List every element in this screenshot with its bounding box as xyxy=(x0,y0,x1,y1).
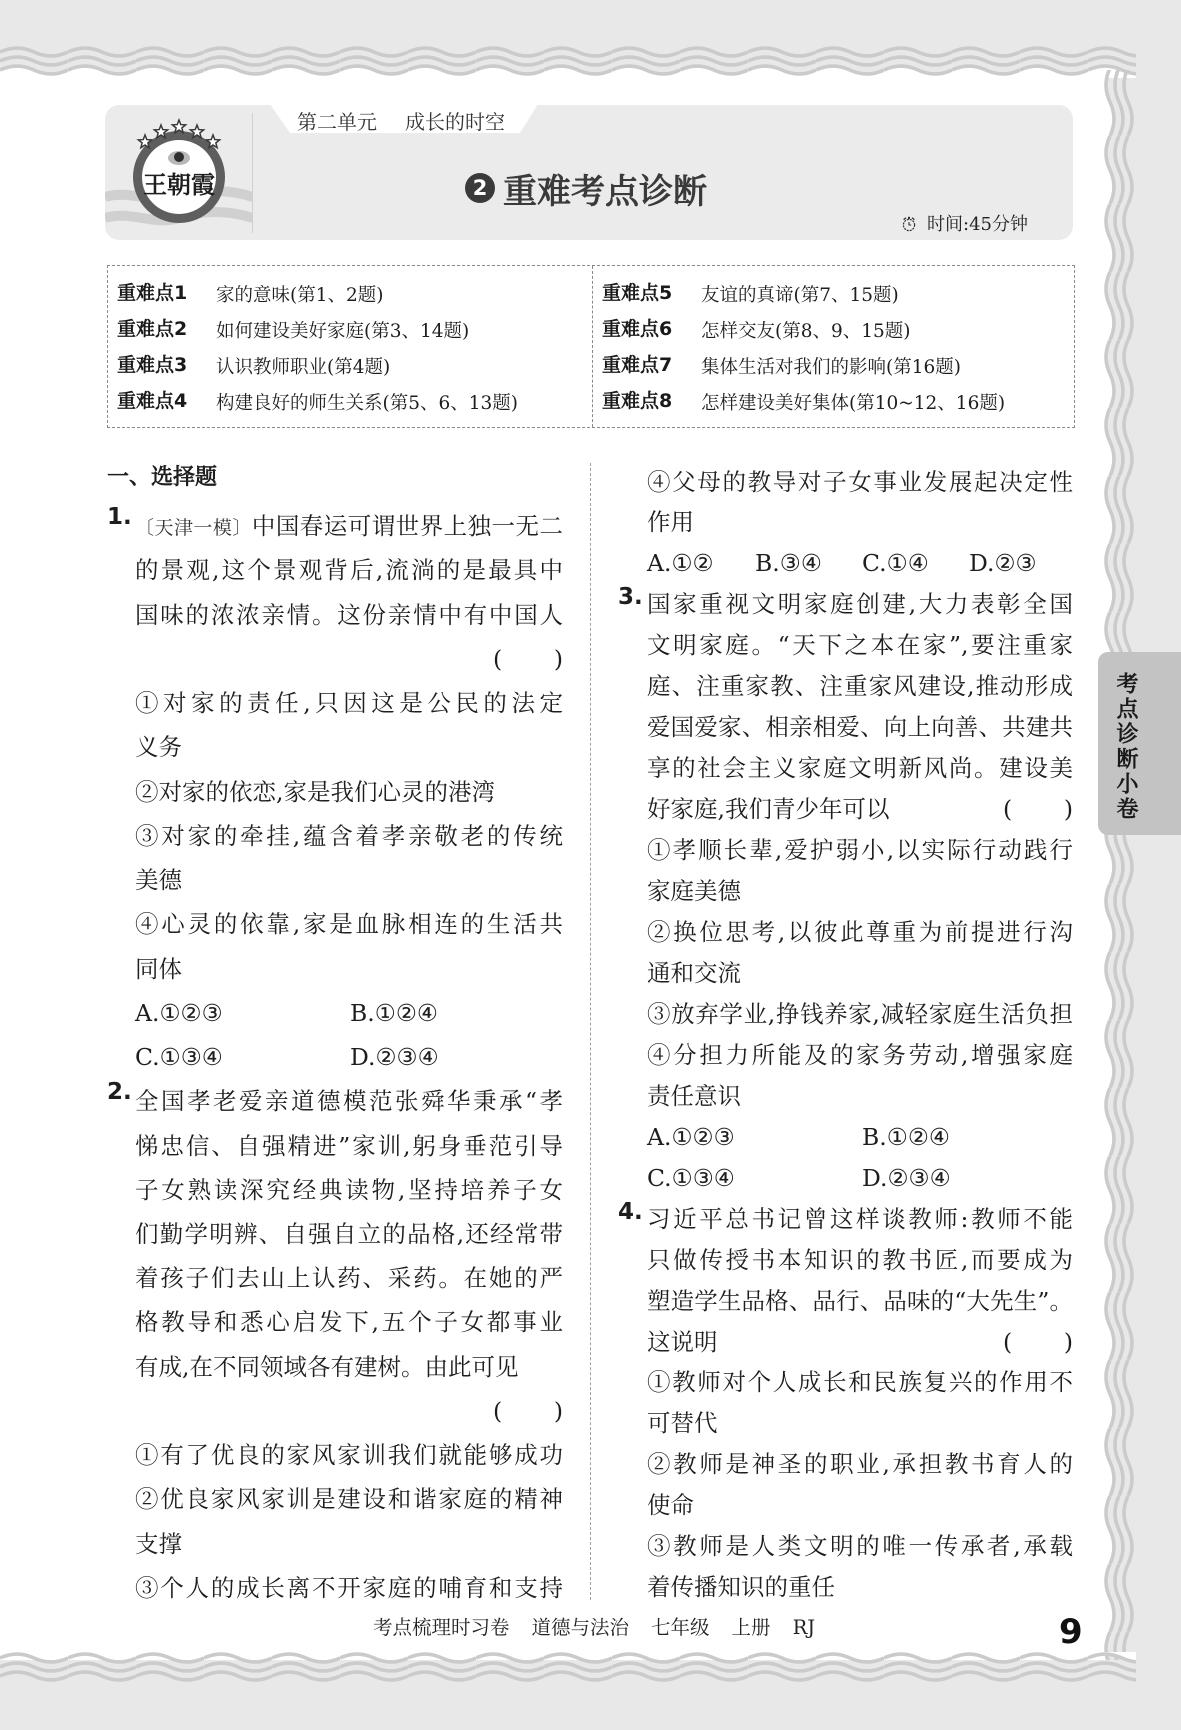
key-point-1: 重难点1家的意味(第1、2题) xyxy=(117,278,518,314)
publisher-logo: 王朝霞 xyxy=(105,105,253,240)
question-1-statement-2: ②对家的依恋,家是我们心灵的港湾 xyxy=(107,770,563,814)
question-4-statement-1: 可替代 xyxy=(618,1403,1073,1444)
question-2-answer-row: ( ) xyxy=(107,1389,563,1433)
key-point-text: 怎样交友(第8、9、15题) xyxy=(701,314,911,350)
key-point-label: 重难点5 xyxy=(602,278,701,314)
key-point-label: 重难点4 xyxy=(117,386,216,422)
choice-b: B.①②④ xyxy=(862,1117,950,1158)
question-1-stem-line: 1.〔天津一模〕中国春运可谓世界上独一无二 xyxy=(107,504,563,548)
answer-blank: ( ) xyxy=(493,1389,563,1433)
question-1-stem-line: 国味的浓浓亲情。这份亲情中有中国人 xyxy=(107,593,563,637)
question-3-statement-2: 通和交流 xyxy=(618,953,1073,994)
question-2-statement-4: ④父母的教导对子女事业发展起决定性 xyxy=(618,462,1073,503)
key-point-7: 重难点7集体生活对我们的影响(第16题) xyxy=(602,350,1005,386)
key-point-8: 重难点8怎样建设美好集体(第10~12、16题) xyxy=(602,386,1005,422)
section-title: 一、选择题 xyxy=(107,460,563,504)
choice-c: C.①③④ xyxy=(647,1158,862,1199)
question-3-statement-1: 家庭美德 xyxy=(618,871,1073,912)
question-1-stem-line: 的景观,这个景观背后,流淌的是最具中 xyxy=(107,548,563,592)
question-number: 2. xyxy=(107,1079,132,1105)
question-2-stem-line: 有成,在不同领域各有建树。由此可见 xyxy=(107,1345,563,1389)
title-index-badge: 2 xyxy=(465,173,495,203)
key-point-label: 重难点1 xyxy=(117,278,216,314)
question-number: 3. xyxy=(618,584,643,610)
question-4-statement-2: ②教师是神圣的职业,承担教书育人的 xyxy=(618,1444,1073,1485)
question-3-stem-line: 庭、注重家教、注重家风建设,推动形成 xyxy=(618,666,1073,707)
header-divider xyxy=(252,113,253,233)
question-1-choices: A.①②③ B.①②④ xyxy=(107,991,563,1035)
answer-blank: ( ) xyxy=(493,637,563,681)
footer-edition: RJ xyxy=(793,1615,816,1641)
question-1-choices: C.①③④ D.②③④ xyxy=(107,1035,563,1079)
page-title: 2 重难考点诊断 xyxy=(465,166,707,210)
title-text: 重难考点诊断 xyxy=(503,164,707,213)
side-tab-label: 考点诊断小卷 xyxy=(1110,672,1141,822)
choice-a: A.①②③ xyxy=(135,991,350,1035)
question-2-statement-2: 支撑 xyxy=(107,1522,563,1566)
unit-label: 第二单元 xyxy=(297,109,377,135)
question-3-statement-2: ②换位思考,以彼此尊重为前提进行沟 xyxy=(618,912,1073,953)
key-point-text: 如何建设美好家庭(第3、14题) xyxy=(216,314,469,350)
choice-d: D.②③④ xyxy=(350,1035,439,1079)
key-point-5: 重难点5友谊的真谛(第7、15题) xyxy=(602,278,1005,314)
key-point-text: 构建良好的师生关系(第5、6、13题) xyxy=(216,386,518,422)
question-4-stem-line: 这说明( ) xyxy=(618,1322,1073,1363)
question-number: 4. xyxy=(618,1199,643,1225)
key-points-divider xyxy=(592,266,593,427)
question-number: 1. xyxy=(107,504,132,530)
choice-a: A.①②③ xyxy=(647,1117,862,1158)
key-points-left: 重难点1家的意味(第1、2题) 重难点2如何建设美好家庭(第3、14题) 重难点… xyxy=(117,278,518,422)
question-1-statement-4: ④心灵的依靠,家是血脉相连的生活共 xyxy=(107,902,563,946)
key-point-3: 重难点3认识教师职业(第4题) xyxy=(117,350,518,386)
key-point-label: 重难点2 xyxy=(117,314,216,350)
key-point-text: 怎样建设美好集体(第10~12、16题) xyxy=(701,386,1005,422)
question-2-stem-line: 子女熟读深究经典读物,坚持培养子女 xyxy=(107,1168,563,1212)
question-3-statement-4: 责任意识 xyxy=(618,1076,1073,1117)
choice-c: C.①④ xyxy=(862,543,969,584)
question-2-statement-2: ②优良家风家训是建设和谐家庭的精神 xyxy=(107,1477,563,1521)
choice-a: A.①② xyxy=(647,543,755,584)
footer-subject: 道德与法治 xyxy=(532,1615,630,1641)
question-4-statement-3: 着传播知识的重任 xyxy=(618,1567,1073,1608)
question-3-choices: C.①③④ D.②③④ xyxy=(618,1158,1073,1199)
question-2-statement-3: ③个人的成长离不开家庭的哺育和支持 xyxy=(107,1566,563,1610)
question-3-stem-line: 3.国家重视文明家庭创建,大力表彰全国 xyxy=(618,584,1073,625)
side-tab: 考点诊断小卷 xyxy=(1098,652,1181,835)
question-2-stem-line: 着孩子们去山上认药、采药。在她的严 xyxy=(107,1256,563,1300)
question-1-statement-3: ③对家的牵挂,蕴含着孝亲敬老的传统 xyxy=(107,814,563,858)
unit-title: 成长的时空 xyxy=(405,109,505,135)
question-3-stem-line: 文明家庭。“天下之本在家”,要注重家 xyxy=(618,625,1073,666)
question-4-statement-2: 使命 xyxy=(618,1485,1073,1526)
question-source-tag: 〔天津一模〕 xyxy=(135,517,252,539)
key-point-2: 重难点2如何建设美好家庭(第3、14题) xyxy=(117,314,518,350)
footer-grade: 七年级 xyxy=(651,1615,710,1641)
key-point-label: 重难点6 xyxy=(602,314,701,350)
question-1-statement-4: 同体 xyxy=(107,947,563,991)
key-point-4: 重难点4构建良好的师生关系(第5、6、13题) xyxy=(117,386,518,422)
column-divider xyxy=(590,463,591,1600)
time-limit: 时间:45分钟 xyxy=(901,212,1028,234)
answer-blank: ( ) xyxy=(1003,1322,1073,1363)
question-3-statement-1: ①孝顺长辈,爱护弱小,以实际行动践行 xyxy=(618,830,1073,871)
question-2-choices: A.①② B.③④ C.①④ D.②③ xyxy=(618,543,1073,584)
question-3-stem-line: 好家庭,我们青少年可以( ) xyxy=(618,789,1073,830)
left-column: 一、选择题 1.〔天津一模〕中国春运可谓世界上独一无二 的景观,这个景观背后,流… xyxy=(107,460,563,1610)
answer-blank: ( ) xyxy=(1003,789,1073,830)
footer-info: 考点梳理时习卷 道德与法治 七年级 上册 RJ xyxy=(373,1615,815,1641)
question-1-statement-3: 美德 xyxy=(107,858,563,902)
question-1-statement-1: ①对家的责任,只因这是公民的法定 xyxy=(107,681,563,725)
key-points-right: 重难点5友谊的真谛(第7、15题) 重难点6怎样交友(第8、9、15题) 重难点… xyxy=(602,278,1005,422)
logo-text: 王朝霞 xyxy=(143,170,215,199)
right-column: ④父母的教导对子女事业发展起决定性 作用 A.①② B.③④ C.①④ D.②③… xyxy=(618,462,1073,1609)
page-number: 9 xyxy=(1059,1612,1083,1652)
key-point-text: 家的意味(第1、2题) xyxy=(216,278,383,314)
choice-d: D.②③④ xyxy=(862,1158,951,1199)
question-2-stem-line: 悌忠信、自强精进”家训,躬身垂范引导 xyxy=(107,1124,563,1168)
question-1-answer-row: ( ) xyxy=(107,637,563,681)
question-4-statement-3: ③教师是人类文明的唯一传承者,承载 xyxy=(618,1526,1073,1567)
question-3-stem-line: 享的社会主义家庭文明新风尚。建设美 xyxy=(618,748,1073,789)
key-point-label: 重难点3 xyxy=(117,350,216,386)
key-points-box: 重难点1家的意味(第1、2题) 重难点2如何建设美好家庭(第3、14题) 重难点… xyxy=(107,265,1075,428)
choice-b: B.③④ xyxy=(755,543,862,584)
key-point-6: 重难点6怎样交友(第8、9、15题) xyxy=(602,314,1005,350)
key-point-label: 重难点8 xyxy=(602,386,701,422)
question-4-statement-1: ①教师对个人成长和民族复兴的作用不 xyxy=(618,1362,1073,1403)
question-2-statement-4: 作用 xyxy=(618,502,1073,543)
question-3-choices: A.①②③ B.①②④ xyxy=(618,1117,1073,1158)
alarm-clock-icon xyxy=(901,215,917,232)
question-2-stem-line: 2.全国孝老爱亲道德模范张舜华秉承“孝 xyxy=(107,1079,563,1123)
question-4-stem-line: 只做传授书本知识的教书匠,而要成为 xyxy=(618,1240,1073,1281)
question-4-stem-line: 4.习近平总书记曾这样谈教师:教师不能 xyxy=(618,1199,1073,1240)
key-point-label: 重难点7 xyxy=(602,350,701,386)
unit-breadcrumb: 第二单元 成长的时空 xyxy=(297,109,505,135)
question-1-statement-1: 义务 xyxy=(107,725,563,769)
choice-b: B.①②④ xyxy=(350,991,438,1035)
question-3-stem-line: 爱国爱家、相亲相爱、向上向善、共建共 xyxy=(618,707,1073,748)
footer-series: 考点梳理时习卷 xyxy=(373,1615,510,1641)
key-point-text: 集体生活对我们的影响(第16题) xyxy=(701,350,961,386)
choice-c: C.①③④ xyxy=(135,1035,350,1079)
key-point-text: 认识教师职业(第4题) xyxy=(216,350,390,386)
question-3-statement-3: ③放弃学业,挣钱养家,减轻家庭生活负担 xyxy=(618,994,1073,1035)
choice-d: D.②③ xyxy=(969,543,1037,584)
question-2-statement-1: ①有了优良的家风家训我们就能够成功 xyxy=(107,1433,563,1477)
question-4-stem-line: 塑造学生品格、品行、品味的“大先生”。 xyxy=(618,1281,1073,1322)
question-2-stem-line: 格教导和悉心启发下,五个子女都事业 xyxy=(107,1300,563,1344)
question-2-stem-line: 们勤学明辨、自强自立的品格,还经常带 xyxy=(107,1212,563,1256)
footer-volume: 上册 xyxy=(732,1615,771,1641)
key-point-text: 友谊的真谛(第7、15题) xyxy=(701,278,899,314)
question-3-statement-4: ④分担力所能及的家务劳动,增强家庭 xyxy=(618,1035,1073,1076)
time-text: 时间:45分钟 xyxy=(927,210,1028,236)
